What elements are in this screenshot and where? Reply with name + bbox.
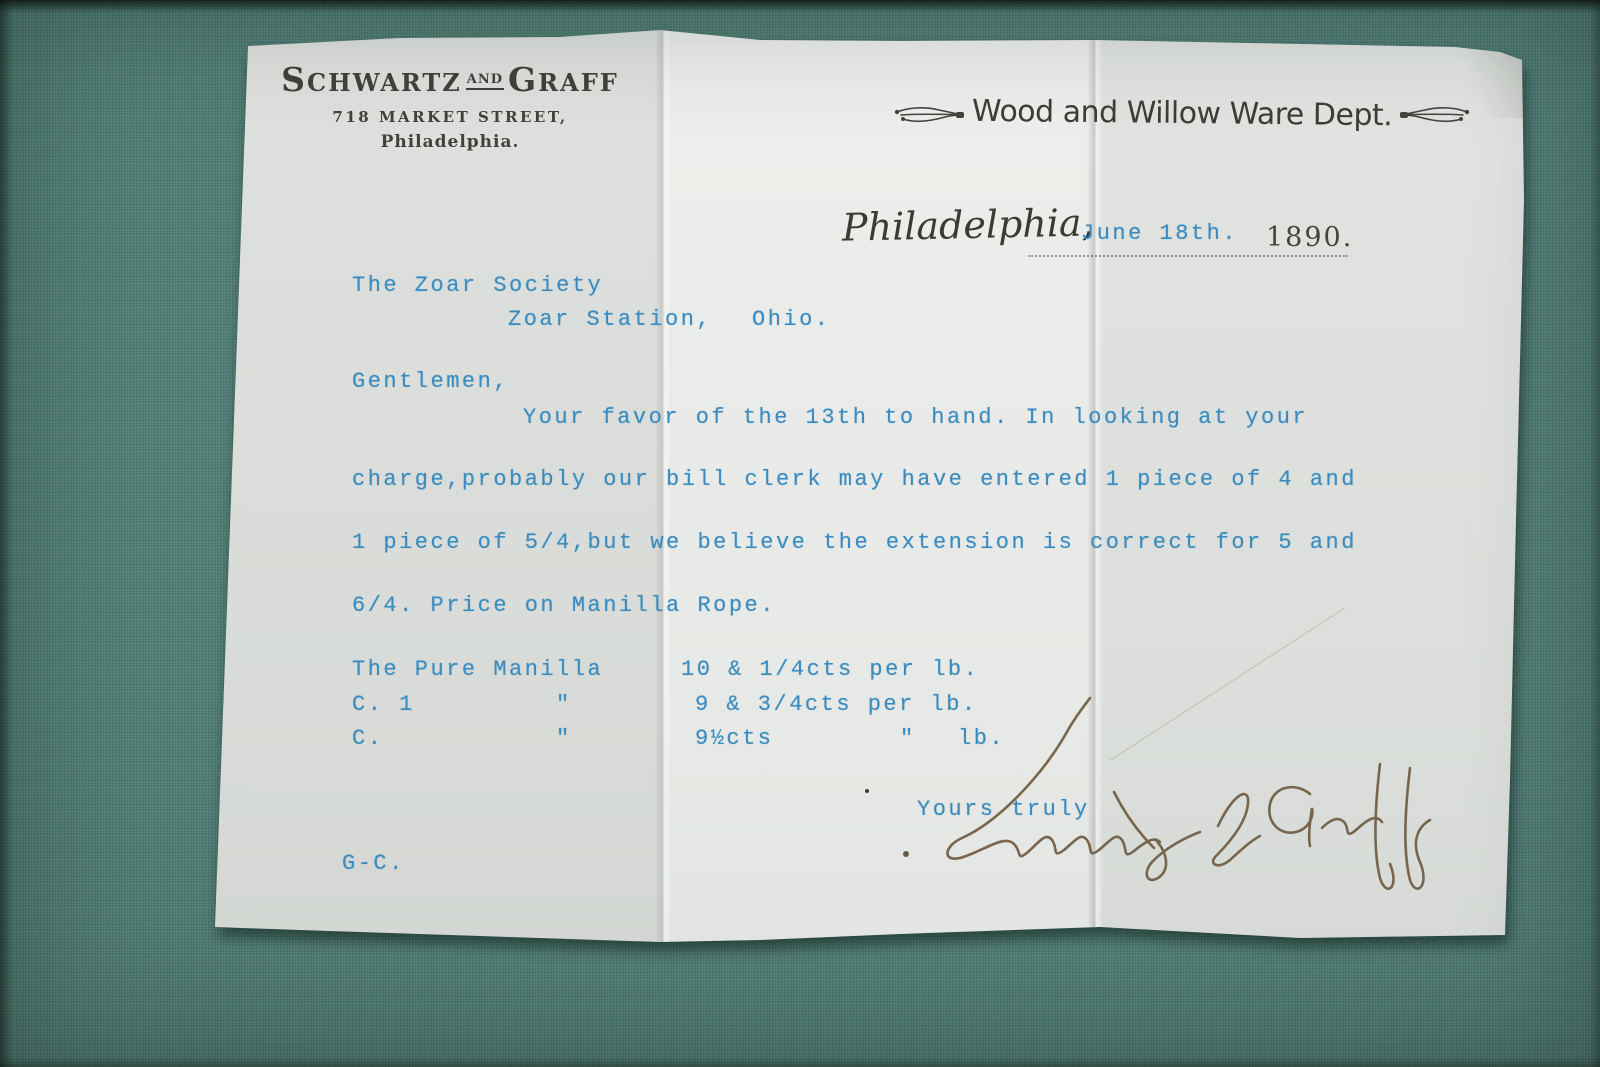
price-value: 9½cts (695, 727, 774, 751)
ditto-mark: " (556, 727, 572, 751)
flourish-right-icon (1399, 99, 1471, 129)
company-word-graff: GRAFF (508, 60, 619, 99)
ink-speck (903, 851, 909, 857)
company-name: SCHWARTZANDGRAFF (270, 60, 630, 99)
body-line-1: Your favor of the 13th to hand. In looki… (523, 406, 1308, 430)
dateline-year: 1890. (1266, 222, 1353, 253)
dateline-typed-date: June 18th. (1081, 222, 1238, 246)
price-value: 10 & 1/4cts per lb. (681, 658, 979, 682)
body-line-4: 6/4. Price on Manilla Rope. (352, 594, 776, 618)
ditto-mark: " (900, 727, 916, 751)
letterhead-city: Philadelphia. (270, 132, 630, 152)
ink-speck (865, 789, 869, 793)
flourish-left-icon (893, 99, 965, 129)
recipient-name: The Zoar Society (352, 274, 603, 298)
department-title: Wood and Willow Ware Dept. (972, 94, 1393, 133)
photo-of-letter: { "scene": { "description": "Photograph … (0, 0, 1600, 1067)
price-item: C. 1 (352, 693, 415, 717)
signature-graphic (918, 698, 1463, 898)
reference-initials: G-C. (342, 852, 405, 876)
letterhead-block: SCHWARTZANDGRAFF 718 MARKET STREET, Phil… (270, 60, 630, 152)
ditto-mark: " (556, 693, 572, 717)
body-line-3: 1 piece of 5/4,but we believe the extens… (352, 531, 1357, 555)
company-word-and: AND (466, 72, 504, 90)
recipient-state: Ohio. (752, 308, 831, 332)
signature-ink (918, 698, 1463, 898)
recipient-station: Zoar Station, (508, 308, 712, 332)
price-item: C. (352, 727, 383, 751)
company-word-schwartz: SCHWARTZ (281, 60, 462, 99)
letterhead-street: 718 MARKET STREET, (270, 108, 630, 126)
price-item: The Pure Manilla (352, 658, 603, 682)
letter-content: SCHWARTZANDGRAFF 718 MARKET STREET, Phil… (0, 0, 1600, 1067)
salutation: Gentlemen, (352, 370, 509, 394)
body-line-2: charge,probably our bill clerk may have … (352, 468, 1357, 492)
department-heading: Wood and Willow Ware Dept. (893, 96, 1471, 131)
